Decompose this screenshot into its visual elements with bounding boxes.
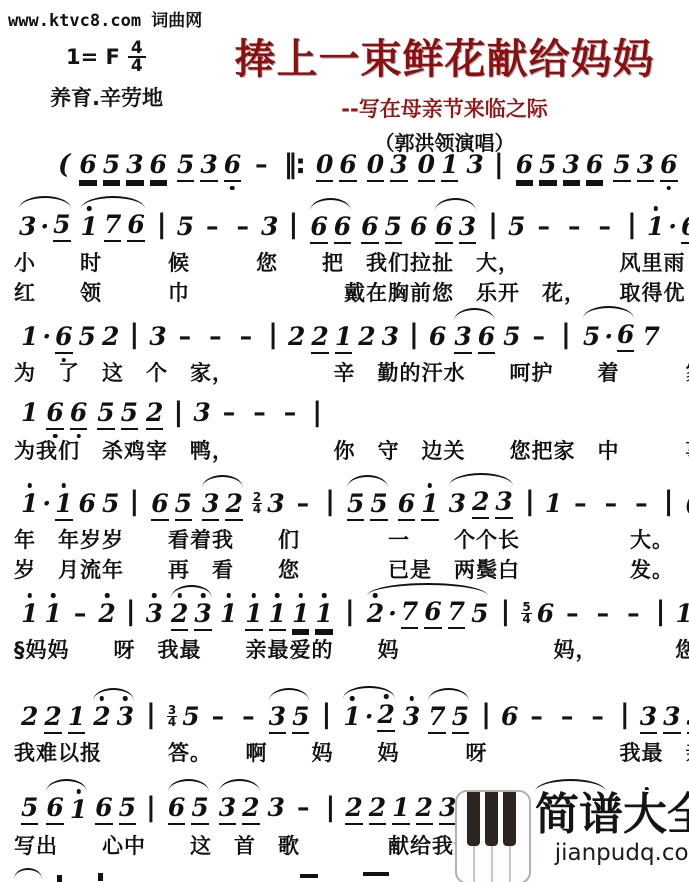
duration-dash: – <box>635 489 648 519</box>
augmentation-dot: · <box>388 599 397 629</box>
note: 2 <box>472 487 489 519</box>
note: 2 <box>225 489 242 521</box>
note: 6 <box>429 322 446 352</box>
augmentation-dot: · <box>40 212 49 242</box>
note: 2 <box>242 793 259 825</box>
cutoff-note-dot <box>57 875 62 882</box>
note: 1 <box>647 212 664 242</box>
slur-group: 176 <box>78 210 148 242</box>
note: 2 <box>98 599 115 629</box>
note: 2 <box>171 599 188 631</box>
note: 5 <box>175 489 192 521</box>
lyrics-line: 年 年岁岁 看着我 们 一 个个长 大。 <box>14 524 674 554</box>
beam-group: 03 <box>364 150 411 182</box>
note: 6 <box>339 150 356 182</box>
note: 1 <box>245 599 262 631</box>
augmentation-dot: · <box>365 702 374 732</box>
note: 3 <box>149 322 166 352</box>
barline: | <box>345 597 355 627</box>
beam-group: 536 <box>610 150 680 182</box>
note: 5 <box>613 150 630 182</box>
note: 3 <box>193 398 210 428</box>
duration-dash: – <box>74 599 87 629</box>
beam-group: 65 <box>358 212 405 244</box>
barline: | <box>627 210 637 240</box>
barline: | <box>288 210 298 240</box>
barline: | <box>409 320 419 350</box>
meter-bottom: 4 <box>253 504 261 515</box>
lyrics-line: 为 了 这 个 家， 辛 勤的汗水 呵护 着 家 中 <box>14 357 689 387</box>
site-logo[interactable]: 简谱大全 jianpudq.com <box>455 790 689 882</box>
slur-group: 63 <box>432 212 479 244</box>
slur-group: 35 <box>266 702 313 734</box>
duration-dash: – <box>568 212 581 242</box>
duration-dash: – <box>561 702 574 732</box>
note: 3 <box>267 489 284 519</box>
note: 6 <box>151 489 168 521</box>
note: 5 <box>370 489 387 521</box>
note: 1 <box>675 599 689 629</box>
note: 6 <box>361 212 378 244</box>
note: 3 <box>202 489 219 521</box>
barline: | <box>126 597 136 627</box>
note: 5 <box>102 489 119 519</box>
note: 6 <box>168 793 185 825</box>
beam-group: 55 <box>94 398 141 430</box>
note: 6 <box>516 150 533 182</box>
note: 3 <box>382 322 399 352</box>
note: 1 <box>220 599 237 629</box>
lyrics-line: 岁 月流年 再 看 您 已是 两鬓白 发。 <box>14 554 674 584</box>
augmentation-dot: · <box>42 322 51 352</box>
note: 1 <box>21 398 38 428</box>
note: 7 <box>401 597 418 629</box>
parenthesis: ( <box>684 489 689 519</box>
note: 6 <box>410 212 427 242</box>
barline: | <box>561 320 571 350</box>
duration-dash: – <box>598 212 611 242</box>
barline: | <box>664 487 674 517</box>
slur-group: 1·2 <box>340 700 398 732</box>
duration-dash: – <box>574 489 587 519</box>
barline: | <box>325 487 335 517</box>
duration-dash: – <box>206 212 219 242</box>
note: 5 <box>191 793 208 825</box>
cutoff-note-dot <box>98 873 103 881</box>
beam-group: 06 <box>313 150 360 182</box>
note: 6 <box>478 322 495 354</box>
note: 6 <box>398 489 415 521</box>
slur-group: 61 <box>43 793 90 825</box>
note: 3 <box>663 702 680 734</box>
beam-group: 65 <box>148 489 195 521</box>
beam-group: 6536 <box>513 150 607 182</box>
note: 1 <box>21 489 38 519</box>
note: 3 <box>495 487 512 519</box>
barline: | <box>494 150 504 180</box>
slur-group: 23 <box>90 702 137 732</box>
meter-bottom: 4 <box>522 614 530 625</box>
barline: | <box>312 398 322 428</box>
lyrics-line: 小 时 候 您 把 我们拉扯 大， 风里雨 <box>14 247 686 277</box>
note: 1 <box>421 489 438 521</box>
note: 1 <box>21 599 38 629</box>
duration-dash: – <box>605 489 618 519</box>
note: 1 <box>335 322 352 354</box>
note: 6 <box>95 793 112 825</box>
note: 5 <box>79 322 96 352</box>
duration-dash: – <box>530 702 543 732</box>
key-signature: 1= F 4 4 <box>66 40 146 74</box>
note: 6 <box>435 212 452 244</box>
logo-text-block: 简谱大全 jianpudq.com <box>535 790 689 866</box>
slur-group: 32 <box>199 489 246 521</box>
logo-name: 简谱大全 <box>535 790 689 840</box>
note: 3 <box>269 702 286 734</box>
repeat-barline: ‖: <box>284 150 304 180</box>
note: 3 <box>637 150 654 182</box>
notation-line: 1·165|6532243–|5561323|1–––|(6 <box>14 487 689 521</box>
time-signature-bottom: 4 <box>131 58 143 74</box>
duration-dash: – <box>284 398 297 428</box>
barline: | <box>481 700 491 730</box>
duration-dash: – <box>253 398 266 428</box>
watermark-text: www.ktvc8.com 词曲网 <box>8 6 202 31</box>
slur-group: 75 <box>425 702 472 734</box>
tempo-marking: 养育.辛劳地 <box>50 82 163 112</box>
duration-dash: – <box>566 599 579 629</box>
lyrics-line: 我难以报 答。 啊 妈 妈 呀 我最 亲的妈 <box>14 737 689 767</box>
note: 6 <box>334 212 351 244</box>
meter-change: 34 <box>167 705 177 728</box>
cutoff-dash <box>363 872 389 876</box>
note: 3 <box>454 322 471 354</box>
slur-group: 23 <box>168 599 215 631</box>
parenthesis: ( <box>58 150 70 180</box>
beam-group: 01 <box>415 150 462 182</box>
note: 7 <box>104 210 121 242</box>
lyrics-line: 红 领 巾 戴在胸前您 乐开 花， 取得优 <box>14 277 686 307</box>
song-title: 捧上一束鲜花献给妈妈 <box>200 26 689 85</box>
slur-group: 3·5 <box>16 210 74 242</box>
note: 2 <box>416 793 433 825</box>
note: 5 <box>452 702 469 734</box>
barline: | <box>268 320 278 350</box>
note: 5 <box>347 489 364 521</box>
note: 1 <box>70 795 87 825</box>
augmentation-dot: · <box>604 322 613 352</box>
note: 6 <box>46 398 63 430</box>
slur-group: 323 <box>446 487 516 519</box>
note: 3 <box>640 702 657 734</box>
note: 3 <box>268 793 285 823</box>
note: 6 <box>660 150 677 182</box>
note: 1 <box>441 150 458 182</box>
key-signature-label: 1= F <box>66 45 120 69</box>
barline: | <box>146 793 156 823</box>
title-block: 捧上一束鲜花献给妈妈 --写在母亲节来临之际 （郭洪领演唱） <box>200 26 689 156</box>
slur-group: 55 <box>344 489 391 521</box>
cutoff-dash <box>300 874 318 878</box>
note: 5 <box>121 398 138 430</box>
note: 7 <box>448 597 465 629</box>
duration-dash: – <box>627 599 640 629</box>
note: 6 <box>537 599 554 629</box>
note: 2 <box>311 322 328 354</box>
note: 5 <box>385 212 402 244</box>
notation-line: 11–2|32311111|2·7675|546–––|1·61 <box>14 597 689 631</box>
barline: | <box>157 210 167 240</box>
note: 5 <box>503 322 520 352</box>
note: 6 <box>70 398 87 430</box>
note: 5 <box>21 793 38 825</box>
note: 1 <box>81 212 98 242</box>
note: 2 <box>358 322 375 352</box>
note: 2 <box>93 702 110 732</box>
note: 5 <box>103 150 120 182</box>
note: 2 <box>345 793 362 825</box>
note: 6 <box>681 212 689 244</box>
note: 1 <box>68 702 85 734</box>
sheet-music-page: www.ktvc8.com 词曲网 1= F 4 4 养育.辛劳地 捧上一束鲜花… <box>0 0 689 882</box>
duration-dash: – <box>533 322 546 352</box>
note: 6 <box>424 597 441 629</box>
notation-line: 166552|3–––| <box>14 398 689 432</box>
duration-dash: – <box>297 489 310 519</box>
meter-change: 24 <box>252 492 262 515</box>
note: 2 <box>44 702 61 734</box>
duration-dash: – <box>537 212 550 242</box>
note: 6 <box>79 150 96 182</box>
note: 1 <box>343 702 360 732</box>
note: 1 <box>292 599 309 631</box>
time-signature: 4 4 <box>128 40 146 74</box>
note: 1 <box>315 599 332 631</box>
note: 0 <box>367 150 384 182</box>
note: 6 <box>586 150 603 182</box>
note: 2 <box>377 700 394 732</box>
lyrics-line: §妈妈 呀 我最 亲最爱的 妈 妈， 您 的养育 <box>14 634 689 664</box>
barline: | <box>146 700 156 730</box>
note: 6 <box>310 212 327 244</box>
note: 6 <box>79 489 96 519</box>
note: 1 <box>44 599 61 629</box>
note: 5 <box>177 212 194 242</box>
beam-group: 61 <box>395 489 442 521</box>
barline: | <box>129 487 139 517</box>
note: 6 <box>617 320 634 352</box>
note: 3 <box>261 212 278 242</box>
duration-dash: – <box>179 322 192 352</box>
note: 5 <box>583 322 600 352</box>
note: 6 <box>127 210 144 242</box>
beam-group: 6536 <box>76 150 170 182</box>
note: 5 <box>53 210 70 242</box>
note: 6 <box>224 150 241 182</box>
note: 1 <box>55 489 72 521</box>
note: 2 <box>367 599 384 629</box>
note: 3 <box>219 793 236 825</box>
note: 3 <box>390 150 407 182</box>
note: 3 <box>19 212 36 242</box>
note: 3 <box>403 702 420 732</box>
duration-dash: – <box>297 793 310 823</box>
piano-keys-icon <box>455 790 531 882</box>
barline: | <box>620 700 630 730</box>
slur-group: 66 <box>307 212 354 244</box>
note: 7 <box>642 322 659 352</box>
note: 6 <box>46 793 63 825</box>
note: 3 <box>459 212 476 244</box>
beam-group: 536 <box>174 150 244 182</box>
note: 0 <box>316 150 333 182</box>
note: 5 <box>471 599 488 629</box>
note: 1 <box>269 599 286 631</box>
barline: | <box>173 398 183 428</box>
note: 5 <box>508 212 525 242</box>
augmentation-dot: · <box>42 489 51 519</box>
duration-dash: – <box>240 322 253 352</box>
meter-change: 54 <box>521 602 531 625</box>
barline: | <box>500 597 510 627</box>
note: 5 <box>292 702 309 734</box>
slur-group: 65 <box>165 793 212 825</box>
duration-dash: – <box>212 702 225 732</box>
barline: | <box>525 487 535 517</box>
duration-dash: – <box>223 398 236 428</box>
note: 5 <box>119 793 136 825</box>
note: 6 <box>55 322 72 354</box>
duration-dash: – <box>255 150 268 180</box>
barline: | <box>129 320 139 350</box>
note: 2 <box>102 322 119 352</box>
note: 2 <box>21 702 38 732</box>
slur-group: 5·6 <box>580 320 638 352</box>
song-subtitle: --写在母亲节来临之际 <box>200 93 689 123</box>
slur-group: 32 <box>216 793 263 825</box>
note: 3 <box>563 150 580 182</box>
notation-line: 1·652|3–––|22123|6365–|5·67 <box>14 320 689 354</box>
note: 7 <box>428 702 445 734</box>
augmentation-dot: · <box>668 212 677 242</box>
barline: | <box>488 210 498 240</box>
note: 3 <box>117 702 134 732</box>
note: 6 <box>501 702 518 732</box>
cutoff-slur-arc <box>14 868 42 879</box>
slur-group: 36 <box>451 322 498 354</box>
barline: | <box>656 597 666 627</box>
note: 2 <box>288 322 305 352</box>
duration-dash: – <box>242 702 255 732</box>
note: 0 <box>418 150 435 182</box>
notation-line: (6536536–‖:0603013|6536536–| <box>14 150 689 184</box>
note: 5 <box>177 150 194 182</box>
lyrics-line: 为我们 杀鸡宰 鸭， 你 守 边关 您把家 中 事 儿 担 <box>14 435 689 465</box>
note: 2 <box>369 793 386 825</box>
note: 1 <box>545 489 562 519</box>
duration-dash: – <box>209 322 222 352</box>
slur-group: 2·7675 <box>364 597 492 629</box>
note: 6 <box>150 150 167 182</box>
note: 3 <box>449 489 466 519</box>
note: 5 <box>182 702 199 732</box>
note: 3 <box>200 150 217 182</box>
note: 3 <box>126 150 143 182</box>
beam-group: 1111 <box>242 599 336 631</box>
duration-dash: – <box>591 702 604 732</box>
note: 1 <box>392 793 409 825</box>
duration-dash: – <box>237 212 250 242</box>
duration-dash: – <box>597 599 610 629</box>
note: 3 <box>466 150 483 180</box>
note: 5 <box>97 398 114 430</box>
note: 3 <box>439 793 456 825</box>
barline: | <box>325 793 335 823</box>
meter-bottom: 4 <box>168 717 176 728</box>
note: 5 <box>539 150 556 182</box>
notation-line: 3·5176|5––3|6665663|5–––|1·61 <box>14 210 689 244</box>
note: 3 <box>194 599 211 631</box>
beam-group: 66 <box>43 398 90 430</box>
note: 3 <box>146 599 163 629</box>
note: 2 <box>146 398 163 430</box>
logo-url: jianpudq.com <box>555 840 689 866</box>
notation-line: 22123|345––35|1·2375|6–––|33327 <box>14 700 689 734</box>
note: 1 <box>21 322 38 352</box>
barline: | <box>321 700 331 730</box>
